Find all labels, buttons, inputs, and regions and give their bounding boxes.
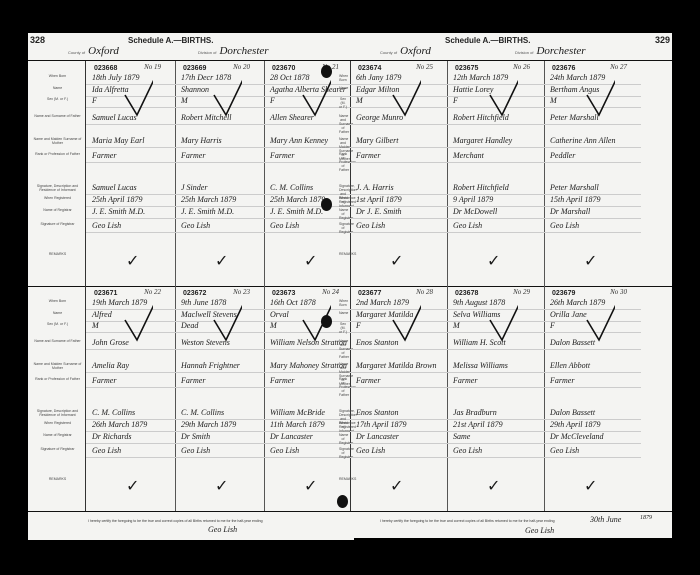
row-label: Name and Maiden Surname of Mother <box>33 362 82 370</box>
entry-number: 023679 <box>552 290 575 297</box>
field-registered: 11th March 1879 <box>270 420 325 429</box>
row-label: Rank or Profession of Father <box>339 152 347 172</box>
entry-number: 023677 <box>358 290 381 297</box>
field-sex: M <box>550 96 557 105</box>
ruled-line <box>350 232 447 233</box>
register-entry: 023669No 2017th Decr 1878ShannonMRobert … <box>175 61 265 286</box>
certification-date: 30th June <box>590 515 621 524</box>
ruled-line <box>447 387 544 388</box>
register-entry: 023672No 239th June 1878Maclwell Stevens… <box>175 286 265 511</box>
row-label: Name <box>33 311 82 315</box>
field-remarks: ✓ <box>487 251 500 271</box>
field-registered: 17th April 1879 <box>356 420 407 429</box>
ruled-line <box>544 443 641 444</box>
county-field: County of Oxford <box>380 45 431 57</box>
field-registered: 25th March 1879 <box>181 195 236 204</box>
row-label: Name and Surname of Father <box>33 339 82 343</box>
ruled-line <box>350 147 447 148</box>
row-label: When Registered <box>339 421 347 429</box>
field-name: Alfred <box>92 310 112 319</box>
field-informant: C. M. Collins <box>181 408 224 417</box>
row-label: Signature of Registrar <box>33 447 82 451</box>
field-profession: Farmer <box>92 151 116 160</box>
register-entry: 023671No 2219th March 1879AlfredMJohn Gr… <box>86 286 176 511</box>
field-remarks: ✓ <box>126 251 139 271</box>
field-remarks: ✓ <box>215 476 228 496</box>
entry-number: 023671 <box>94 290 117 297</box>
ruled-line <box>544 387 641 388</box>
entry-number: 023668 <box>94 65 117 72</box>
verification-check-icon <box>585 63 615 123</box>
row-label: When Registered <box>33 421 82 425</box>
ruled-line <box>544 124 641 125</box>
field-registrar: Dr McDowell <box>453 207 497 216</box>
field-profession: Farmer <box>550 376 574 385</box>
field-registrar: Dr McCleveland <box>550 432 604 441</box>
ruled-line <box>350 162 447 163</box>
field-signature: Geo Lish <box>550 446 579 455</box>
county-value: Oxford <box>400 45 431 57</box>
field-mother: Mary Gilbert <box>356 136 398 145</box>
field-registrar: Dr Lancaster <box>356 432 399 441</box>
ruled-line <box>350 124 447 125</box>
page-number: 328 <box>30 35 45 45</box>
schedule-title: Schedule A.—BIRTHS. <box>445 36 531 45</box>
binding-hole <box>321 315 332 328</box>
entry-number: 023676 <box>552 65 575 72</box>
field-registrar: J. E. Smith M.D. <box>92 207 145 216</box>
register-entry: 023668No 1918th July 1879Ida AlfrettaFSa… <box>86 61 176 286</box>
certification-footer: I hereby certify the foregoing to be the… <box>350 513 672 538</box>
ruled-line <box>544 232 641 233</box>
field-informant: Samuel Lucas <box>92 183 137 192</box>
ruled-line <box>86 372 175 373</box>
field-profession: Farmer <box>453 376 477 385</box>
field-sex: F <box>92 96 97 105</box>
row-label: Signature of Registrar <box>339 447 347 459</box>
registrar-signature: Geo Lish <box>208 525 237 534</box>
field-sex: M <box>356 96 363 105</box>
certification-text: I hereby certify the foregoing to be the… <box>88 519 308 523</box>
field-sex: M <box>270 321 277 330</box>
field-remarks: ✓ <box>584 251 597 271</box>
field-mother: Amelia Ray <box>92 361 129 370</box>
row-label: REMARKS <box>33 477 82 481</box>
row-label: Sex (M. or F.) <box>339 322 347 334</box>
field-sex: M <box>453 321 460 330</box>
entry-number: 023675 <box>455 65 478 72</box>
field-registrar: Dr J. E. Smith <box>356 207 402 216</box>
schedule-title: Schedule A.—BIRTHS. <box>128 36 214 45</box>
field-informant: Robert Hitchfield <box>453 183 509 192</box>
field-informant: Enos Stanton <box>356 408 398 417</box>
ruled-line <box>350 443 447 444</box>
field-sex: F <box>550 321 555 330</box>
ruled-line <box>447 349 544 350</box>
verification-check-icon <box>391 288 421 348</box>
ruled-line <box>86 443 175 444</box>
ruled-line <box>86 162 175 163</box>
field-profession: Farmer <box>181 151 205 160</box>
ruled-line <box>350 349 447 350</box>
field-mother: Mary Ann Kenney <box>270 136 328 145</box>
field-registered: 29th March 1879 <box>181 420 236 429</box>
entry-number: 023673 <box>272 290 295 297</box>
field-sex: F <box>453 96 458 105</box>
field-informant: Peter Marshall <box>550 183 599 192</box>
entry-block: When BornNameSex (M. or F.)Name and Surn… <box>350 286 672 512</box>
field-mother: Mary Harris <box>181 136 222 145</box>
division-value: Dorchester <box>219 45 268 57</box>
field-signature: Geo Lish <box>92 446 121 455</box>
row-label: Name of Registrar <box>339 433 347 445</box>
row-label: Signature, Description and Residence of … <box>33 409 82 417</box>
field-sex: F <box>356 321 361 330</box>
row-label: Signature of Registrar <box>339 222 347 234</box>
row-label: Name <box>339 311 347 315</box>
row-labels: When BornNameSex (M. or F.)Name and Surn… <box>336 61 351 286</box>
field-mother: Margaret Matilda Brown <box>356 361 436 370</box>
register-entry: 023674No 256th Jany 1879Edgar MiltonMGeo… <box>350 61 448 286</box>
registrar-signature: Geo Lish <box>525 526 554 535</box>
field-registered: 15th April 1879 <box>550 195 601 204</box>
division-label: Division of <box>515 50 533 55</box>
entry-number: 023672 <box>183 290 206 297</box>
row-label: REMARKS <box>339 477 347 481</box>
ruled-line <box>447 147 544 148</box>
register-entry: 023676No 2724th March 1879Bertham AngusM… <box>544 61 641 286</box>
field-registered: 1st April 1879 <box>356 195 402 204</box>
field-name: Orilla Jane <box>550 310 587 319</box>
row-label: Rank or Profession of Father <box>339 377 347 397</box>
ruled-line <box>447 443 544 444</box>
division-field: Division of Dorchester <box>198 45 269 57</box>
field-registrar: J. E. Smith M.D. <box>181 207 234 216</box>
verification-check-icon <box>488 288 518 348</box>
field-sex: M <box>92 321 99 330</box>
field-name: Orval <box>270 310 289 319</box>
field-profession: Farmer <box>270 376 294 385</box>
field-mother: Melissa Williams <box>453 361 508 370</box>
row-label: When Born <box>33 74 82 78</box>
certification-year: 1879 <box>640 515 652 521</box>
field-registrar: J. E. Smith M.D. <box>270 207 323 216</box>
ruled-line <box>544 457 641 458</box>
ruled-line <box>447 457 544 458</box>
ruled-line <box>350 218 447 219</box>
row-label: Name of Registrar <box>33 433 82 437</box>
ruled-line <box>86 147 175 148</box>
ruled-line <box>86 457 175 458</box>
binding-hole <box>321 198 332 211</box>
field-mother: Catherine Ann Allen <box>550 136 615 145</box>
certification-text: I hereby certify the foregoing to be the… <box>380 519 590 523</box>
entry-block: When BornNameSex (M. or F.)Name and Surn… <box>28 286 354 512</box>
entry-block: When BornNameSex (M. or F.)Name and Surn… <box>28 61 354 287</box>
ruled-line <box>447 232 544 233</box>
ruled-line <box>175 232 264 233</box>
county-label: County of <box>68 50 85 55</box>
field-remarks: ✓ <box>126 476 139 496</box>
county-label: County of <box>380 50 397 55</box>
entry-number: 023670 <box>272 65 295 72</box>
division-value: Dorchester <box>536 45 585 57</box>
field-registrar: Dr Lancaster <box>270 432 313 441</box>
ruled-line <box>350 372 447 373</box>
field-informant: C. M. Collins <box>270 183 313 192</box>
ruled-line <box>175 147 264 148</box>
field-signature: Geo Lish <box>453 446 482 455</box>
verification-check-icon <box>212 288 242 348</box>
ruled-line <box>175 457 264 458</box>
row-label: When Born <box>33 299 82 303</box>
binding-hole <box>321 65 332 78</box>
field-registered: 25th March 1879 <box>270 195 325 204</box>
verification-check-icon <box>123 288 153 348</box>
ruled-line <box>447 218 544 219</box>
division-label: Division of <box>198 50 216 55</box>
row-label: Signature, Description and Residence of … <box>33 184 82 192</box>
ruled-line <box>447 124 544 125</box>
field-mother: Margaret Handley <box>453 136 512 145</box>
row-label: Name and Surname of Father <box>339 114 347 134</box>
row-label: Name and Surname of Father <box>33 114 82 118</box>
row-label: Name <box>33 86 82 90</box>
ruled-line <box>175 387 264 388</box>
field-signature: Geo Lish <box>181 221 210 230</box>
field-registered: 29th April 1879 <box>550 420 601 429</box>
row-label: REMARKS <box>339 252 347 256</box>
right-register-page: 329 Schedule A.—BIRTHS. County of Oxford… <box>350 33 672 538</box>
row-label: Name <box>339 86 347 90</box>
ruled-line <box>175 372 264 373</box>
ruled-line <box>350 387 447 388</box>
field-registrar: Same <box>453 432 470 441</box>
row-labels: When BornNameSex (M. or F.)Name and Surn… <box>30 286 86 511</box>
field-signature: Geo Lish <box>356 221 385 230</box>
verification-check-icon <box>212 63 242 123</box>
row-label: Rank or Profession of Father <box>33 152 82 156</box>
ruled-line <box>350 457 447 458</box>
ruled-line <box>175 162 264 163</box>
field-signature: Geo Lish <box>92 221 121 230</box>
row-label: Name and Maiden Surname of Mother <box>33 137 82 145</box>
field-remarks: ✓ <box>390 251 403 271</box>
ruled-line <box>544 162 641 163</box>
row-label: Name and Surname of Father <box>339 339 347 359</box>
certification-footer: I hereby certify the foregoing to be the… <box>28 513 354 538</box>
field-registrar: Dr Richards <box>92 432 131 441</box>
verification-check-icon <box>391 63 421 123</box>
field-registered: 9 April 1879 <box>453 195 493 204</box>
entry-number: 023678 <box>455 290 478 297</box>
field-mother: Ellen Abbott <box>550 361 590 370</box>
verification-check-icon <box>488 63 518 123</box>
field-informant: Dalon Bassett <box>550 408 595 417</box>
row-label: Name of Registrar <box>339 208 347 220</box>
field-registered: 21st April 1879 <box>453 420 503 429</box>
field-sex: M <box>181 96 188 105</box>
field-informant: J Sinder <box>181 183 207 192</box>
field-profession: Merchant <box>453 151 484 160</box>
field-registrar: Dr Smith <box>181 432 210 441</box>
ruled-line <box>447 162 544 163</box>
field-remarks: ✓ <box>487 476 500 496</box>
row-label: Sex (M. or F.) <box>339 97 347 109</box>
field-profession: Peddler <box>550 151 575 160</box>
entry-number: 023669 <box>183 65 206 72</box>
row-label: Sex (M. or F.) <box>33 97 82 101</box>
entry-number: 023674 <box>358 65 381 72</box>
entry-block: When BornNameSex (M. or F.)Name and Surn… <box>350 61 672 287</box>
field-remarks: ✓ <box>304 476 317 496</box>
field-signature: Geo Lish <box>181 446 210 455</box>
page-number: 329 <box>655 35 670 45</box>
field-sex: Dead <box>181 321 198 330</box>
ruled-line <box>175 443 264 444</box>
ruled-line <box>544 147 641 148</box>
field-signature: Geo Lish <box>270 221 299 230</box>
field-mother: Hannah Frightner <box>181 361 240 370</box>
field-profession: Farmer <box>356 151 380 160</box>
field-name: Shannon <box>181 85 209 94</box>
field-signature: Geo Lish <box>270 446 299 455</box>
field-informant: Jas Bradburn <box>453 408 497 417</box>
ruled-line <box>86 124 175 125</box>
field-registered: 26th March 1879 <box>92 420 147 429</box>
register-entry: 023675No 2612th March 1879Hattie LoreyFR… <box>447 61 545 286</box>
row-label: When Registered <box>339 196 347 204</box>
ruled-line <box>447 372 544 373</box>
ruled-line <box>175 349 264 350</box>
row-label: REMARKS <box>33 252 82 256</box>
field-signature: Geo Lish <box>550 221 579 230</box>
ruled-line <box>86 232 175 233</box>
county-value: Oxford <box>88 45 119 57</box>
left-register-page: 328 Schedule A.—BIRTHS. County of Oxford… <box>28 33 354 540</box>
ruled-line <box>544 349 641 350</box>
field-profession: Farmer <box>356 376 380 385</box>
row-label: Rank or Profession of Father <box>33 377 82 381</box>
field-signature: Geo Lish <box>453 221 482 230</box>
ruled-line <box>86 349 175 350</box>
row-label: Sex (M. or F.) <box>33 322 82 326</box>
field-profession: Farmer <box>181 376 205 385</box>
field-sex: F <box>270 96 275 105</box>
ruled-line <box>544 218 641 219</box>
row-label: When Registered <box>33 196 82 200</box>
field-profession: Farmer <box>270 151 294 160</box>
ruled-line <box>175 218 264 219</box>
field-registered: 25th April 1879 <box>92 195 143 204</box>
field-mother: Maria May Earl <box>92 136 144 145</box>
row-label: Signature of Registrar <box>33 222 82 226</box>
ruled-line <box>175 124 264 125</box>
ruled-line <box>544 372 641 373</box>
register-entry: 023679No 3026th March 1879Orilla JaneFDa… <box>544 286 641 511</box>
field-informant: William McBride <box>270 408 325 417</box>
division-field: Division of Dorchester <box>515 45 586 57</box>
field-profession: Farmer <box>92 376 116 385</box>
field-informant: C. M. Collins <box>92 408 135 417</box>
field-remarks: ✓ <box>304 251 317 271</box>
field-remarks: ✓ <box>584 476 597 496</box>
ruled-line <box>86 387 175 388</box>
row-label: When Born <box>339 74 347 82</box>
row-labels: When BornNameSex (M. or F.)Name and Surn… <box>336 286 351 511</box>
register-entry: 023677No 282nd March 1879Margaret Matild… <box>350 286 448 511</box>
register-entry: 023678No 299th August 1878Selva Williams… <box>447 286 545 511</box>
ruled-line <box>86 218 175 219</box>
verification-check-icon <box>585 288 615 348</box>
row-label: Name of Registrar <box>33 208 82 212</box>
row-labels: When BornNameSex (M. or F.)Name and Surn… <box>30 61 86 286</box>
field-registrar: Dr Marshall <box>550 207 590 216</box>
field-signature: Geo Lish <box>356 446 385 455</box>
verification-check-icon <box>123 63 153 123</box>
field-remarks: ✓ <box>215 251 228 271</box>
county-field: County of Oxford <box>68 45 119 57</box>
field-informant: J. A. Harris <box>356 183 394 192</box>
row-label: When Born <box>339 299 347 307</box>
field-remarks: ✓ <box>390 476 403 496</box>
